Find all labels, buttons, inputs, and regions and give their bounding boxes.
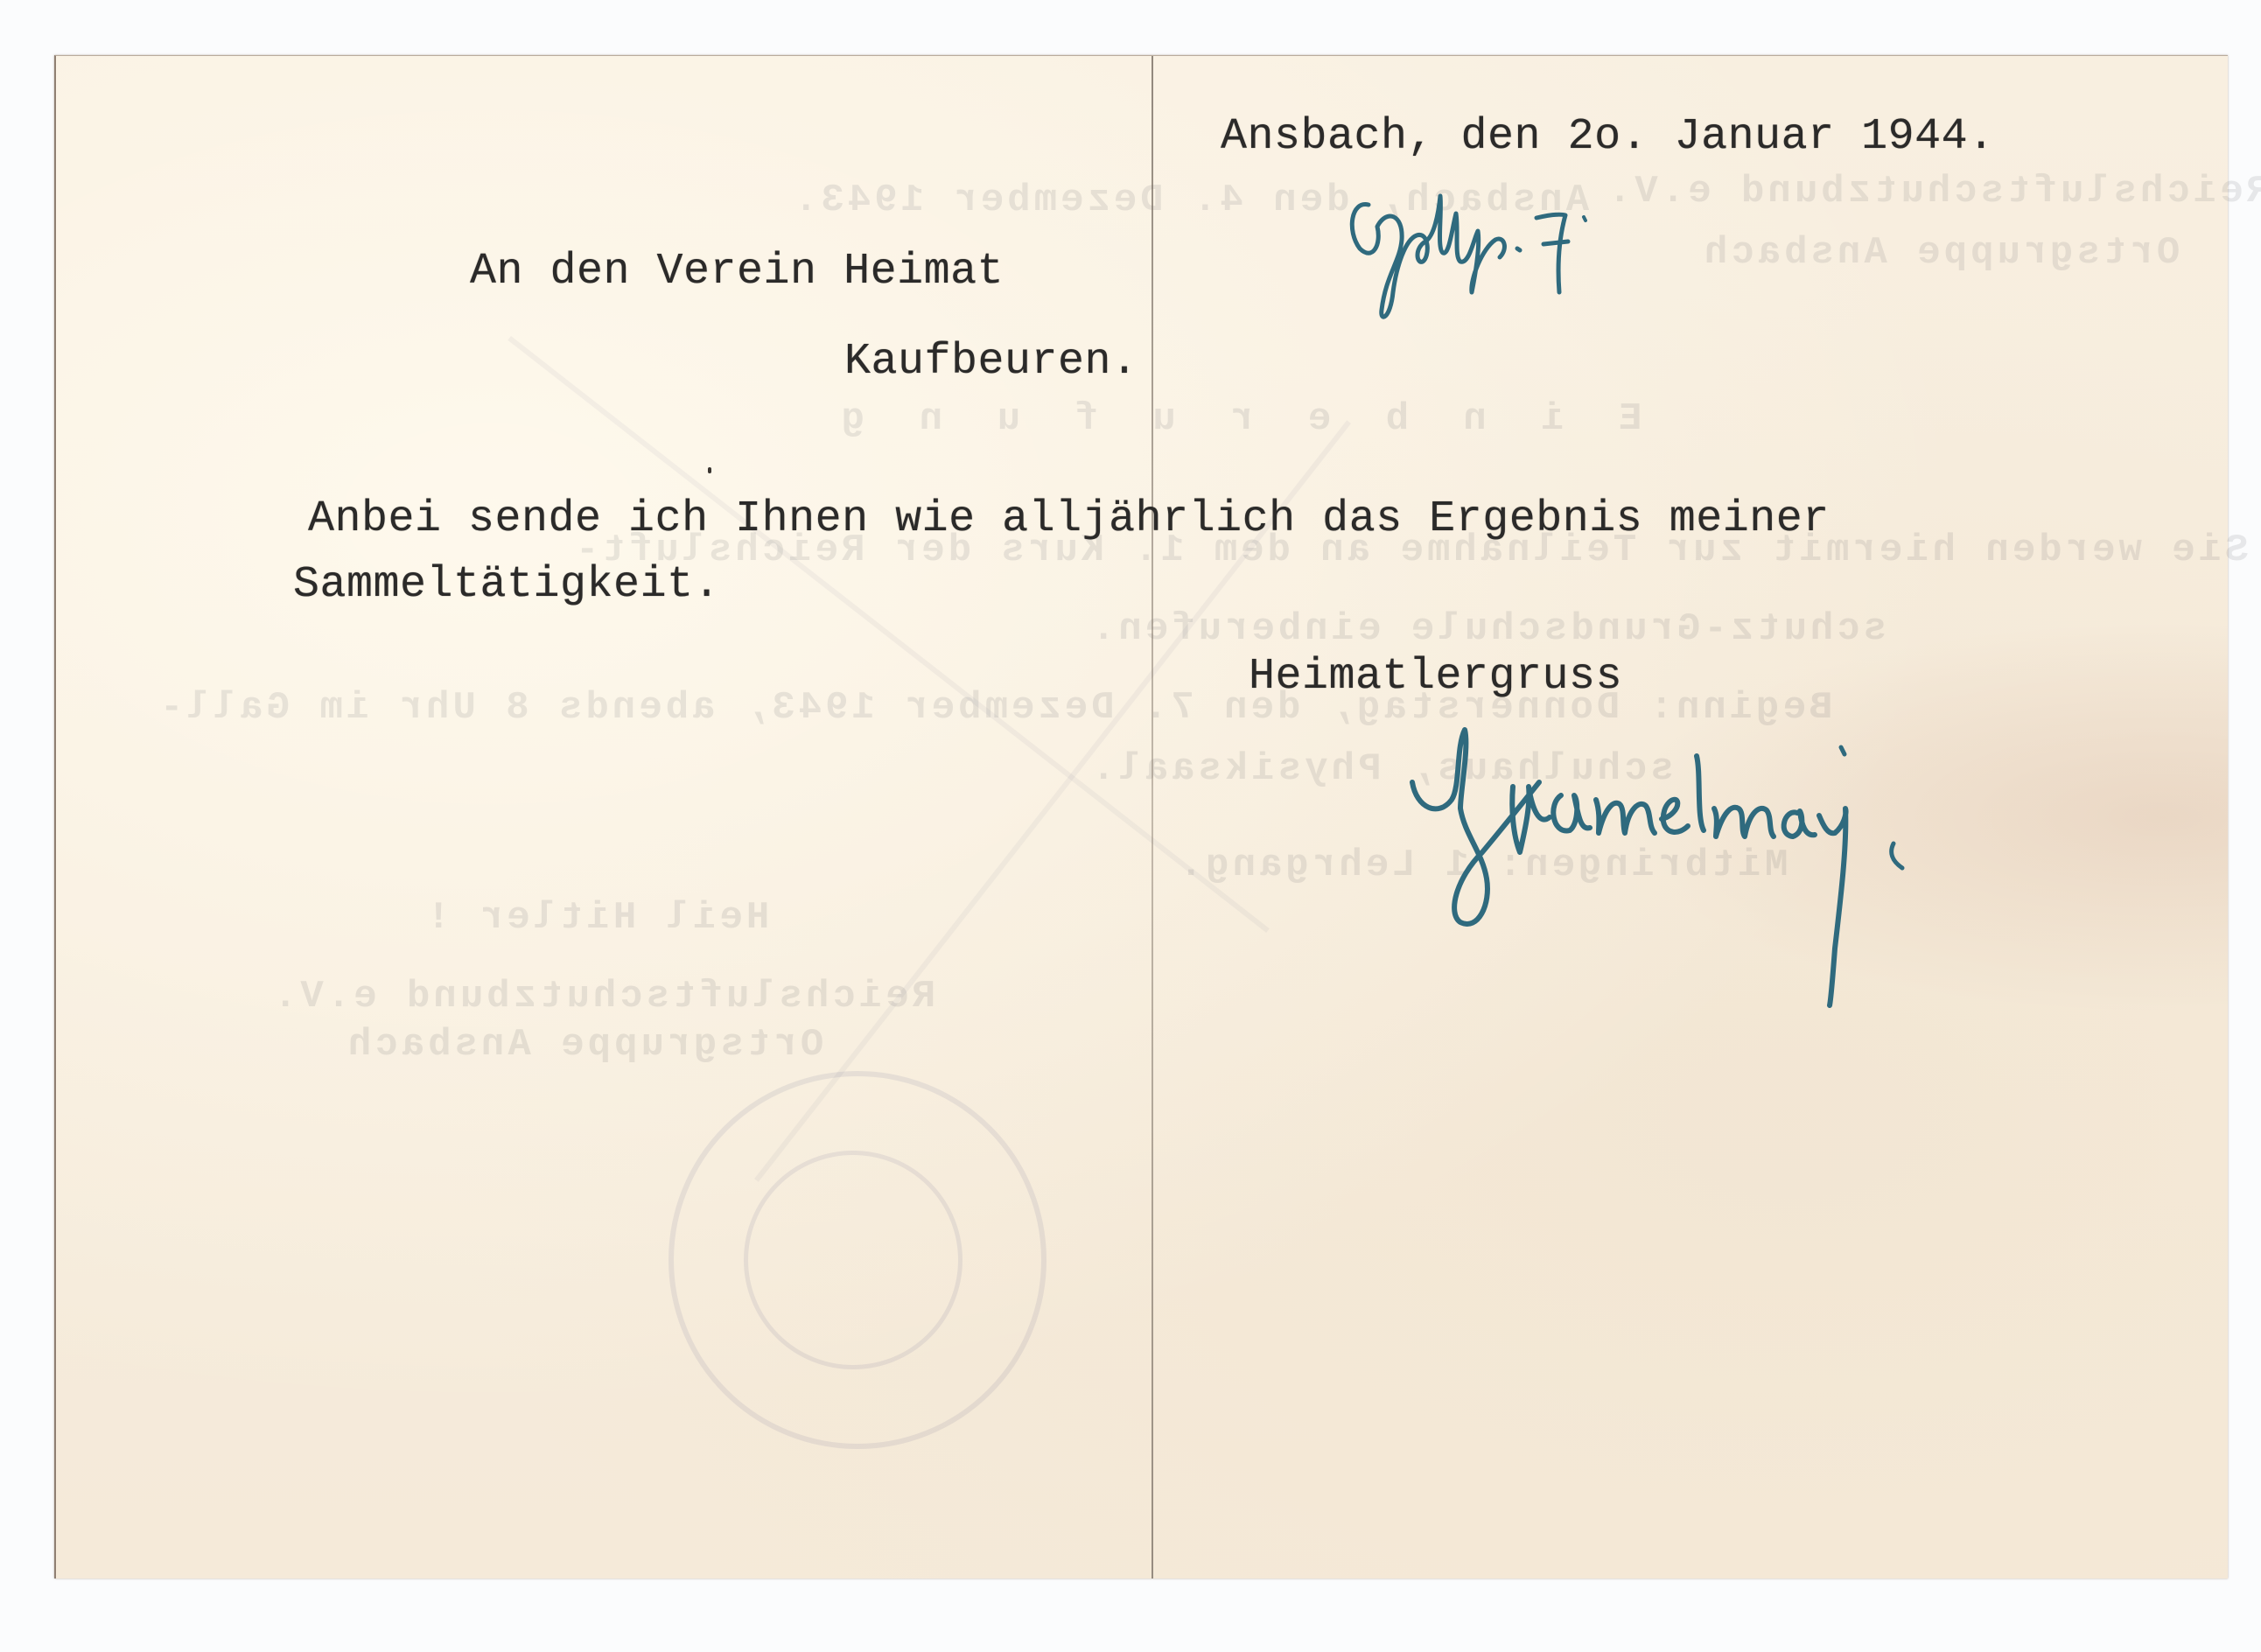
bleed-through-line: schutz-Grundschule einberufen. bbox=[1088, 607, 1886, 651]
recipient-line-2: Kaufbeuren. bbox=[844, 340, 1138, 384]
signature-icon bbox=[1399, 721, 2020, 1071]
body-line-2: Sammeltätigkeit. bbox=[293, 563, 720, 607]
handwritten-note bbox=[1342, 178, 1622, 327]
body-line-1: Anbei sende ich Ihnen wie alljährlich da… bbox=[308, 498, 1830, 542]
bleed-through-line: E i n b e r u f u n g bbox=[826, 397, 1642, 441]
paper-fold-line bbox=[1151, 56, 1153, 1578]
bleed-through-line: Ortsgruppe Ansbach bbox=[345, 1023, 823, 1067]
bleed-through-line: Reichsluftschutzbund e.V. bbox=[1605, 170, 2261, 213]
recipient-line-1: An den Verein Heimat bbox=[470, 250, 1004, 294]
letter-paper: Ansbach, den 4. Dezember 1943. Reichsluf… bbox=[54, 55, 2228, 1578]
bleed-through-line: Reichsluftschutzbund e.V. bbox=[270, 975, 935, 1018]
bleed-through-line: Heil Hitler ! bbox=[423, 896, 769, 940]
paper-speck bbox=[708, 467, 711, 473]
closing-greeting: Heimatlergruss bbox=[1249, 655, 1622, 699]
handwritten-note-icon bbox=[1342, 178, 1622, 327]
handwritten-signature bbox=[1399, 721, 2020, 1071]
place-date-line: Ansbach, den 2o. Januar 1944. bbox=[1221, 115, 1995, 159]
bleed-through-stamp bbox=[668, 1071, 1046, 1449]
bleed-through-line: Ortsgruppe Ansbach bbox=[1701, 231, 2180, 275]
